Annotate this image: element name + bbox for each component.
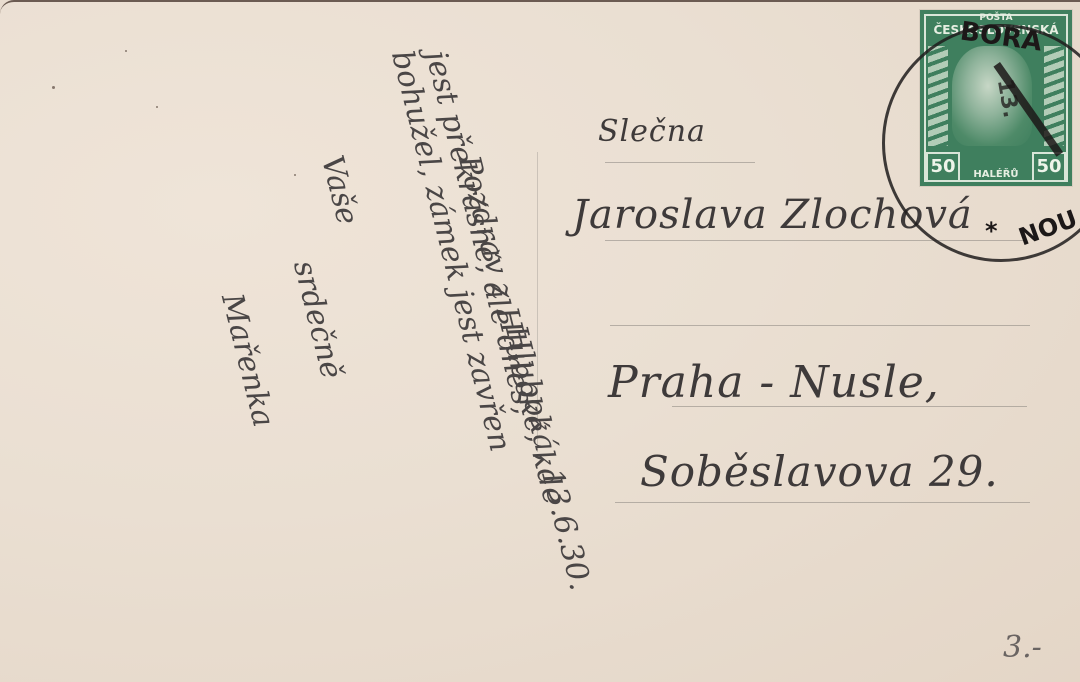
message-signature: Mařenka — [214, 290, 281, 431]
address-city: Praha - Nusle, — [608, 357, 940, 408]
postmark-star-icon: * — [985, 217, 998, 245]
paper-speck — [52, 86, 55, 89]
address-rule — [610, 325, 1030, 326]
address-rule — [615, 502, 1030, 503]
address-street: Soběslavova 29. — [640, 447, 999, 496]
postcard-back: Hluboká, 13.6.30. Pozdrav z Hluboké, kde… — [0, 0, 1080, 682]
address-rule — [605, 162, 755, 163]
address-rule — [672, 406, 1027, 407]
handwritten-message: Hluboká, 13.6.30. Pozdrav z Hluboké, kde… — [100, 32, 580, 682]
address-salutation: Slečna — [598, 114, 706, 149]
message-line: Vaše — [314, 152, 365, 228]
message-line: srdečně — [286, 257, 349, 382]
pencil-price-note: 3.- — [1003, 630, 1042, 665]
